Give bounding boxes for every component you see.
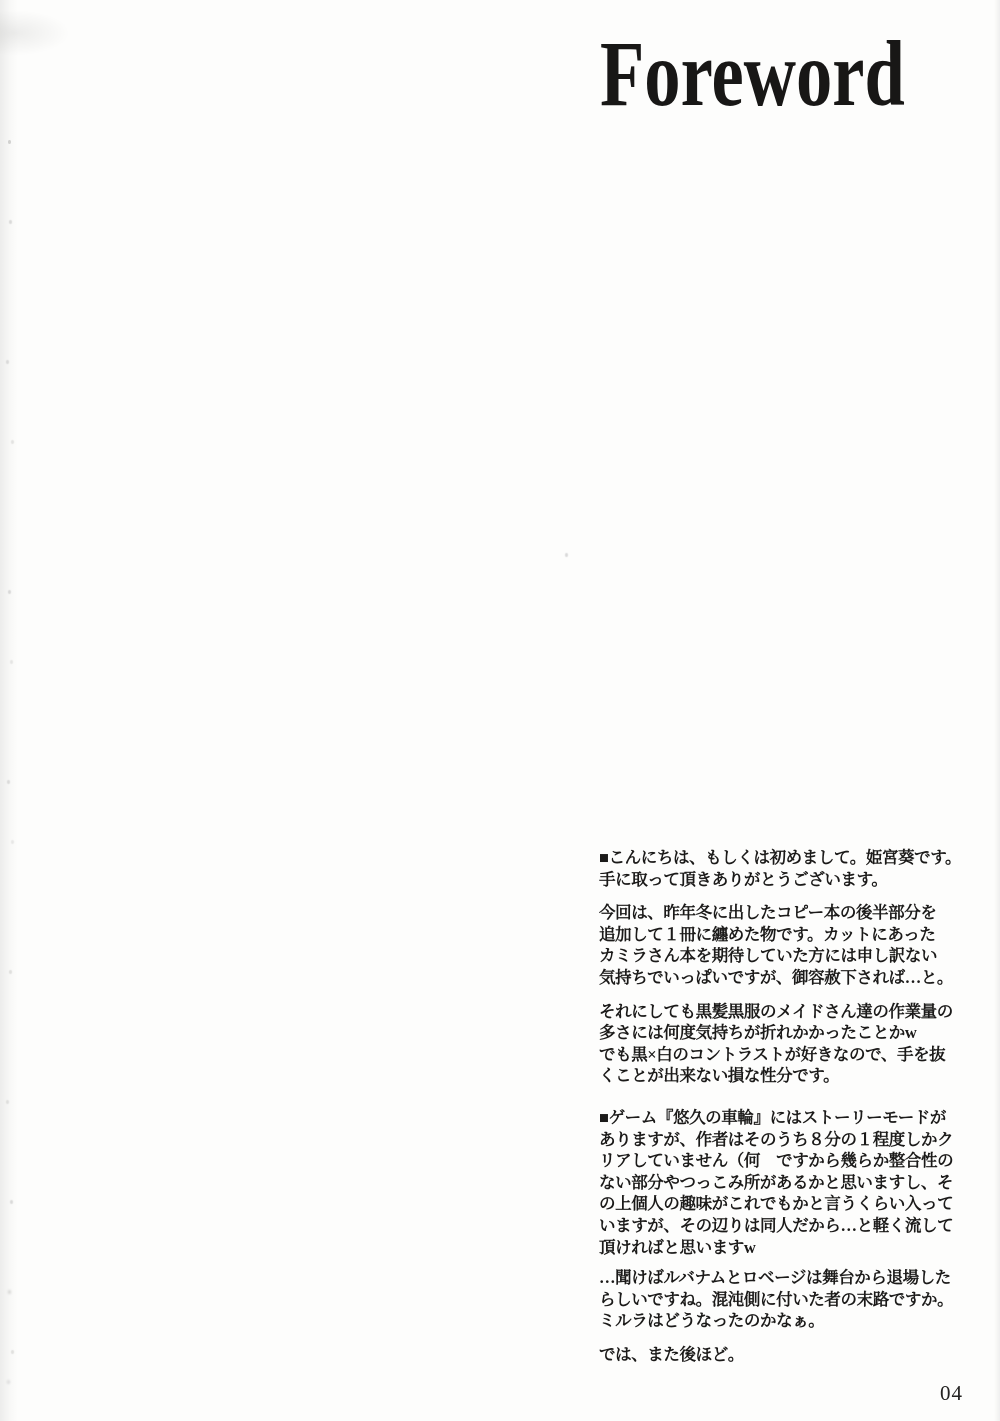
scan-right-edge — [994, 0, 1000, 1421]
scan-corner-smudge — [0, 10, 70, 56]
text-line: カミラさん本を期待していた方には申し訳ない — [599, 945, 983, 967]
text-line: 追加して１冊に纏めた物です。カットにあった — [599, 924, 983, 946]
text-line: ■こんにちは、もしくは初めまして。姫宮葵です。 — [599, 847, 983, 869]
text-line: 手に取って頂きありがとうございます。 — [599, 869, 983, 891]
text-line: の上個人の趣味がこれでもかと言うくらい入って — [599, 1193, 983, 1215]
text-line: では、また後ほど。 — [599, 1344, 983, 1366]
paragraph-characters: …聞けばルバナムとロベージは舞台から退場した らしいですね。混沌側に付いた者の末… — [599, 1267, 983, 1332]
text-line: らしいですね。混沌側に付いた者の末路ですか。 — [599, 1289, 983, 1311]
text-line: ない部分やつっこみ所があるかと思いますし、そ — [599, 1172, 983, 1194]
text-line: いますが、その辺りは同人だから…と軽く流して — [599, 1215, 983, 1237]
text-line: …聞けばルバナムとロベージは舞台から退場した — [599, 1267, 983, 1289]
text-line: それにしても黒髪黒服のメイドさん達の作業量の — [599, 1001, 983, 1023]
text-line: 今回は、昨年冬に出したコピー本の後半部分を — [599, 902, 983, 924]
text-line: でも黒×白のコントラストが好きなので、手を抜 — [599, 1044, 983, 1066]
paragraph-maids: それにしても黒髪黒服のメイドさん達の作業量の 多さには何度気持ちが折れかかったこ… — [599, 1001, 983, 1087]
text-line: ミルラはどうなったのかなぁ。 — [599, 1310, 983, 1332]
foreword-body: ■こんにちは、もしくは初めまして。姫宮葵です。 手に取って頂きありがとうございま… — [599, 847, 983, 1377]
text-line: ありますが、作者はそのうち８分の１程度しかク — [599, 1129, 983, 1151]
text-line: 気持ちでいっぱいですが、御容赦下されば…と。 — [599, 967, 983, 989]
paragraph-book-info: 今回は、昨年冬に出したコピー本の後半部分を 追加して１冊に纏めた物です。カットに… — [599, 902, 983, 988]
text-line: 多さには何度気持ちが折れかかったことかw — [599, 1022, 983, 1044]
text-line: ■ゲーム『悠久の車輪』にはストーリーモードが — [599, 1107, 983, 1129]
text-line: くことが出来ない損な性分です。 — [599, 1065, 983, 1087]
scan-left-edge — [0, 0, 18, 1421]
paragraph-greeting: ■こんにちは、もしくは初めまして。姫宮葵です。 手に取って頂きありがとうございま… — [599, 847, 983, 890]
page-title: Foreword — [600, 28, 905, 121]
text-line: 頂ければと思いますw — [599, 1237, 983, 1259]
paragraph-game: ■ゲーム『悠久の車輪』にはストーリーモードが ありますが、作者はそのうち８分の１… — [599, 1107, 983, 1258]
scan-noise-specks — [8, 140, 11, 144]
page-number: 04 — [940, 1381, 963, 1406]
text-line: リアしていません（何 ですから幾らか整合性の — [599, 1150, 983, 1172]
paragraph-closing: では、また後ほど。 — [599, 1344, 983, 1366]
